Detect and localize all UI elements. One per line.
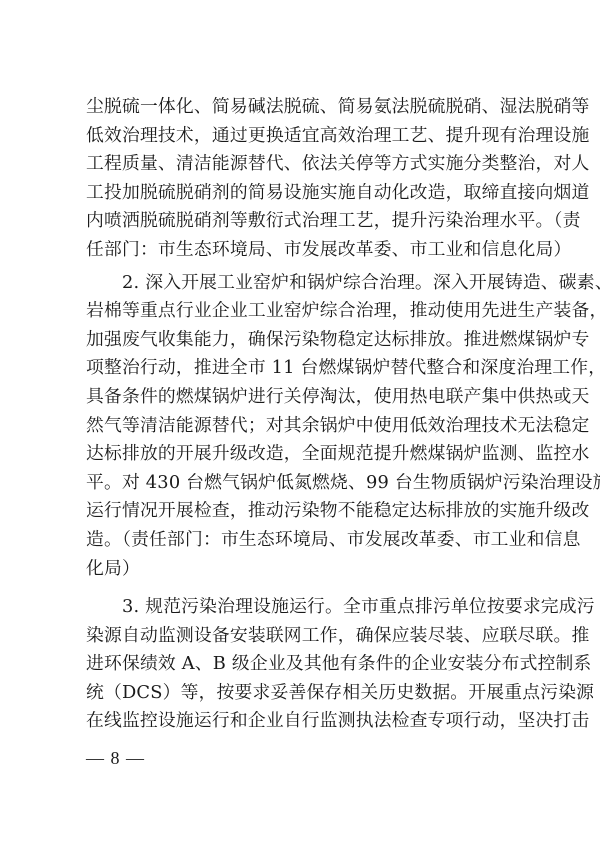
paragraph-heading-line: 2. 深入开展工业窑炉和锅炉综合治理。深入开展铸造、碳素、 bbox=[86, 269, 514, 298]
text-line: 造。（责任部门：市生态环境局、市发展改革委、市工业和信息 bbox=[86, 526, 514, 555]
text-line: 低效治理技术，通过更换适宜高效治理工艺、提升现有治理设施 bbox=[86, 122, 514, 151]
text-line: 岩棉等重点行业企业工业窑炉综合治理，推动使用先进生产装备， bbox=[86, 297, 514, 326]
body-text: 尘脱硫一体化、简易碱法脱硫、简易氨法脱硫脱硝、湿法脱硝等 低效治理技术，通过更换… bbox=[86, 93, 514, 736]
text-line: 任部门：市生态环境局、市发展改革委、市工业和信息化局） bbox=[86, 236, 514, 265]
text-line: 工程质量、清洁能源替代、依法关停等方式实施分类整治，对人 bbox=[86, 150, 514, 179]
text-line: 统（DCS）等，按要求妥善保存相关历史数据。开展重点污染源 bbox=[86, 679, 514, 708]
text-line: 达标排放的开展升级改造，全面规范提升燃煤锅炉监测、监控水 bbox=[86, 440, 514, 469]
text-line: 加强废气收集能力，确保污染物稳定达标排放。推进燃煤锅炉专 bbox=[86, 326, 514, 355]
text-line: 在线监控设施运行和企业自行监测执法检查专项行动，坚决打击 bbox=[86, 707, 514, 736]
text-line: 具备条件的燃煤锅炉进行关停淘汰，使用热电联产集中供热或天 bbox=[86, 383, 514, 412]
text-line: 染源自动监测设备安装联网工作，确保应装尽装、应联尽联。推 bbox=[86, 622, 514, 651]
paragraph-1-continuation: 尘脱硫一体化、简易碱法脱硫、简易氨法脱硫脱硝、湿法脱硝等 低效治理技术，通过更换… bbox=[86, 93, 514, 265]
text-line: 化局） bbox=[86, 555, 514, 584]
text-line: 尘脱硫一体化、简易碱法脱硫、简易氨法脱硫脱硝、湿法脱硝等 bbox=[86, 93, 514, 122]
text-line: 然气等清洁能源替代；对其余锅炉中使用低效治理技术无法稳定 bbox=[86, 412, 514, 441]
paragraph-heading-line: 3. 规范污染治理设施运行。全市重点排污单位按要求完成污 bbox=[86, 593, 514, 622]
text-line: 平。对 430 台燃气锅炉低氮燃烧、99 台生物质锅炉污染治理设施 bbox=[86, 469, 514, 498]
text-line: 进环保绩效 A、B 级企业及其他有条件的企业安装分布式控制系 bbox=[86, 650, 514, 679]
text-line: 项整治行动，推进全市 11 台燃煤锅炉替代整合和深度治理工作，对 bbox=[86, 354, 514, 383]
document-page: 尘脱硫一体化、简易碱法脱硫、简易氨法脱硫脱硝、湿法脱硝等 低效治理技术，通过更换… bbox=[0, 0, 600, 848]
text-line: 内喷洒脱硫脱硝剂等敷衍式治理工艺，提升污染治理水平。（责 bbox=[86, 207, 514, 236]
text-line: 运行情况开展检查，推动污染物不能稳定达标排放的实施升级改 bbox=[86, 497, 514, 526]
paragraph-3: 3. 规范污染治理设施运行。全市重点排污单位按要求完成污 染源自动监测设备安装联… bbox=[86, 593, 514, 736]
paragraph-2: 2. 深入开展工业窑炉和锅炉综合治理。深入开展铸造、碳素、 岩棉等重点行业企业工… bbox=[86, 269, 514, 584]
text-line: 工投加脱硫脱硝剂的简易设施实施自动化改造，取缔直接向烟道 bbox=[86, 179, 514, 208]
page-number: — 8 — bbox=[86, 748, 145, 769]
